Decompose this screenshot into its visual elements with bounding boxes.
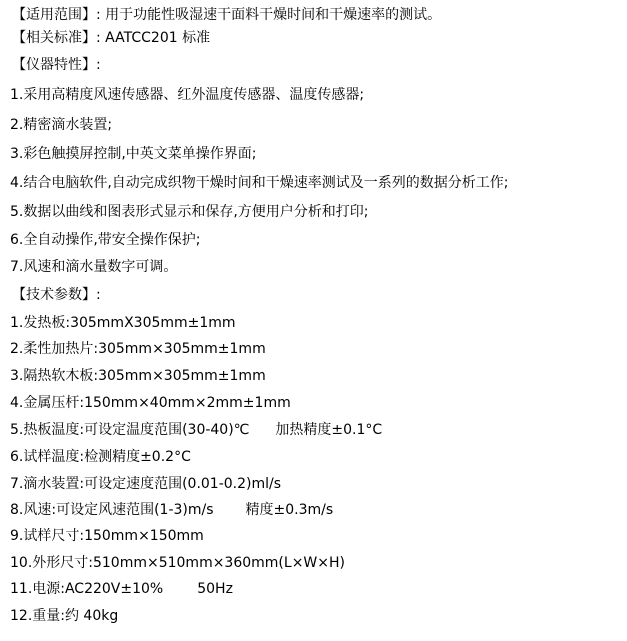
feature-item: 6.全自动操作,带安全操作保护; [10, 231, 201, 249]
spec-text: 2.柔性加热片:305mm×305mm±1mm [10, 341, 266, 357]
spec-item: 10.外形尺寸:510mm×510mm×360mm(L×W×H) [10, 554, 345, 572]
spec-item: 1.发热板:305mmX305mm±1mm [10, 314, 236, 332]
spec-text: 4.金属压杆:150mm×40mm×2mm±1mm [10, 395, 291, 411]
scope-separator: : [96, 7, 101, 23]
spec-item: 4.金属压杆:150mm×40mm×2mm±1mm [10, 394, 291, 412]
spec-item: 12.重量:约 40kg [10, 607, 118, 625]
spec-item: 5.热板温度:可设定温度范围(30-40)℃加热精度±0.1°C [10, 421, 382, 439]
spec-extra: 加热精度±0.1°C [275, 422, 382, 438]
spec-extra: 50Hz [197, 581, 233, 597]
spec-extra: 精度±0.3m/s [246, 502, 334, 518]
spec-item: 3.隔热软木板:305mm×305mm±1mm [10, 367, 266, 385]
spec-item: 2.柔性加热片:305mm×305mm±1mm [10, 340, 266, 358]
spec-item: 11.电源:AC220V±10%50Hz [10, 580, 233, 598]
standard-text: AATCC201 标准 [105, 30, 210, 46]
spec-item: 9.试样尺寸:150mm×150mm [10, 527, 204, 545]
feature-item: 4.结合电脑软件,自动完成织物干燥时间和干燥速率测试及一系列的数据分析工作; [10, 174, 509, 192]
scope-text: 用于功能性吸湿速干面料干燥时间和干燥速率的测试。 [105, 7, 441, 23]
spec-text: 9.试样尺寸:150mm×150mm [10, 528, 204, 544]
scope-line: 【适用范围】: 用于功能性吸湿速干面料干燥时间和干燥速率的测试。 [12, 6, 441, 24]
spec-item: 8.风速:可设定风速范围(1-3)m/s精度±0.3m/s [10, 501, 333, 519]
spec-text: 5.热板温度:可设定温度范围(30-40)℃ [10, 422, 249, 438]
feature-item: 5.数据以曲线和图表形式显示和保存,方便用户分析和打印; [10, 203, 369, 221]
spec-text: 1.发热板:305mmX305mm±1mm [10, 315, 236, 331]
standard-line: 【相关标准】: AATCC201 标准 [12, 29, 210, 47]
feature-item: 7.风速和滴水量数字可调。 [10, 258, 177, 276]
spec-item: 7.滴水装置:可设定速度范围(0.01-0.2)ml/s [10, 475, 281, 493]
spec-text: 7.滴水装置:可设定速度范围(0.01-0.2)ml/s [10, 476, 281, 492]
spec-text: 12.重量:约 40kg [10, 608, 118, 624]
feature-item: 2.精密滴水装置; [10, 116, 112, 134]
spec-text: 10.外形尺寸:510mm×510mm×360mm(L×W×H) [10, 555, 345, 571]
standard-label: 【相关标准】 [12, 30, 96, 46]
spec-text: 6.试样温度:检测精度±0.2°C [10, 449, 191, 465]
scope-label: 【适用范围】 [12, 7, 96, 23]
spec-text: 11.电源:AC220V±10% [10, 581, 163, 597]
feature-item: 1.采用高精度风速传感器、红外温度传感器、温度传感器; [10, 86, 364, 104]
standard-separator: : [96, 30, 101, 46]
specs-heading: 【技术参数】: [12, 286, 101, 304]
feature-item: 3.彩色触摸屏控制,中英文菜单操作界面; [10, 145, 257, 163]
features-heading: 【仪器特性】: [12, 56, 101, 74]
spec-item: 6.试样温度:检测精度±0.2°C [10, 448, 191, 466]
spec-text: 3.隔热软木板:305mm×305mm±1mm [10, 368, 266, 384]
spec-text: 8.风速:可设定风速范围(1-3)m/s [10, 502, 214, 518]
